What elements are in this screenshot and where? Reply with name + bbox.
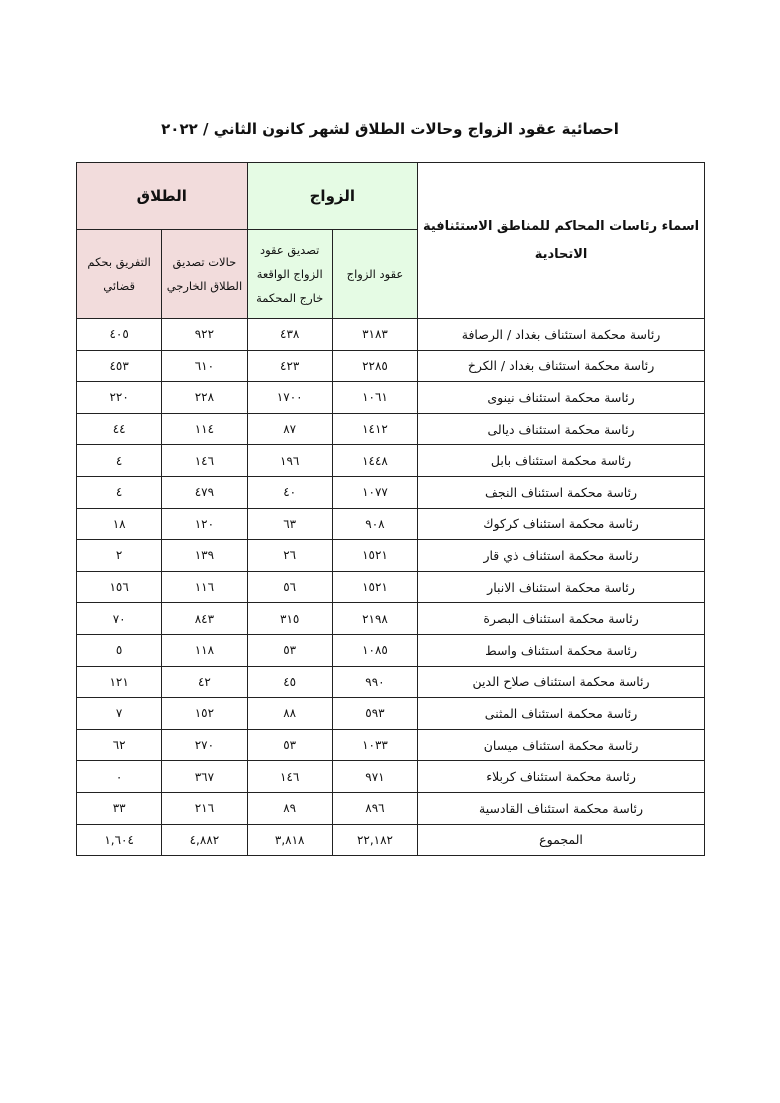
outside-count: ٢٦ [247,540,332,572]
separation-count: ٧ [77,698,162,730]
external-divorce-count: ١١٦ [162,571,247,603]
court-name: رئاسة محكمة استئناف البصرة [418,603,705,635]
header-court-names: اسماء رئاسات المحاكم للمناطق الاستئنافية… [418,163,705,319]
marriage-count: ١٠٣٣ [332,729,417,761]
total-external-divorce: ٤,٨٨٢ [162,824,247,856]
separation-count: ٦٢ [77,729,162,761]
total-row: المجموع٢٢,١٨٢٣,٨١٨٤,٨٨٢١,٦٠٤ [77,824,705,856]
external-divorce-count: ٣٦٧ [162,761,247,793]
external-divorce-count: ٢٧٠ [162,729,247,761]
table-row: رئاسة محكمة استئناف صلاح الدين٩٩٠٤٥٤٢١٢١ [77,666,705,698]
table-row: رئاسة محكمة استئناف المثنى٥٩٣٨٨١٥٢٧ [77,698,705,730]
court-name: رئاسة محكمة استئناف الانبار [418,571,705,603]
header-judicial-separation: التفريق بحكم قضائي [77,230,162,319]
table-row: رئاسة محكمة استئناف واسط١٠٨٥٥٣١١٨٥ [77,634,705,666]
header-marriage-outside-court: تصديق عقود الزواج الواقعة خارج المحكمة [247,230,332,319]
marriage-count: ١٠٨٥ [332,634,417,666]
external-divorce-count: ٦١٠ [162,350,247,382]
outside-count: ٨٩ [247,792,332,824]
separation-count: ١٢١ [77,666,162,698]
separation-count: ٤٠٥ [77,319,162,351]
external-divorce-count: ٤٢ [162,666,247,698]
external-divorce-count: ٩٢٢ [162,319,247,351]
external-divorce-count: ١٤٦ [162,445,247,477]
document-title: احصائية عقود الزواج وحالات الطلاق لشهر ك… [0,120,780,138]
separation-count: ٢ [77,540,162,572]
outside-count: ٦٣ [247,508,332,540]
total-separation: ١,٦٠٤ [77,824,162,856]
external-divorce-count: ١٢٠ [162,508,247,540]
separation-count: ٢٢٠ [77,382,162,414]
separation-count: ٣٣ [77,792,162,824]
external-divorce-count: ١٣٩ [162,540,247,572]
separation-count: ٤ [77,445,162,477]
external-divorce-count: ١١٤ [162,413,247,445]
header-marriage-contracts: عقود الزواج [332,230,417,319]
header-marriage-group: الزواج [247,163,418,230]
header-divorce-group: الطلاق [77,163,248,230]
statistics-table: اسماء رئاسات المحاكم للمناطق الاستئنافية… [76,162,705,856]
external-divorce-count: ٢٢٨ [162,382,247,414]
separation-count: ١٥٦ [77,571,162,603]
marriage-count: ٨٩٦ [332,792,417,824]
external-divorce-count: ٢١٦ [162,792,247,824]
outside-count: ٤٢٣ [247,350,332,382]
court-name: رئاسة محكمة استئناف بغداد / الكرخ [418,350,705,382]
outside-count: ٥٦ [247,571,332,603]
separation-count: ٠ [77,761,162,793]
outside-count: ٤٥ [247,666,332,698]
marriage-count: ٩٠٨ [332,508,417,540]
total-label: المجموع [418,824,705,856]
header-external-divorce: حالات تصديق الطلاق الخارجي [162,230,247,319]
court-name: رئاسة محكمة استئناف واسط [418,634,705,666]
external-divorce-count: ١١٨ [162,634,247,666]
court-name: رئاسة محكمة استئناف النجف [418,476,705,508]
external-divorce-count: ١٥٢ [162,698,247,730]
outside-count: ٨٧ [247,413,332,445]
outside-count: ٨٨ [247,698,332,730]
separation-count: ١٨ [77,508,162,540]
court-name: رئاسة محكمة استئناف صلاح الدين [418,666,705,698]
table-row: رئاسة محكمة استئناف ذي قار١٥٢١٢٦١٣٩٢ [77,540,705,572]
external-divorce-count: ٤٧٩ [162,476,247,508]
court-name: رئاسة محكمة استئناف القادسية [418,792,705,824]
table-row: رئاسة محكمة استئناف الانبار١٥٢١٥٦١١٦١٥٦ [77,571,705,603]
marriage-count: ١٠٦١ [332,382,417,414]
table-row: رئاسة محكمة استئناف بغداد / الكرخ٢٢٨٥٤٢٣… [77,350,705,382]
table-row: رئاسة محكمة استئناف القادسية٨٩٦٨٩٢١٦٣٣ [77,792,705,824]
outside-count: ١٩٦ [247,445,332,477]
outside-count: ٣١٥ [247,603,332,635]
table-row: رئاسة محكمة استئناف كربلاء٩٧١١٤٦٣٦٧٠ [77,761,705,793]
separation-count: ٥ [77,634,162,666]
outside-count: ٤٠ [247,476,332,508]
separation-count: ٧٠ [77,603,162,635]
court-name: رئاسة محكمة استئناف كركوك [418,508,705,540]
separation-count: ٤ [77,476,162,508]
table-row: رئاسة محكمة استئناف ميسان١٠٣٣٥٣٢٧٠٦٢ [77,729,705,761]
outside-count: ٥٣ [247,729,332,761]
marriage-count: ١٥٢١ [332,571,417,603]
total-marriage: ٢٢,١٨٢ [332,824,417,856]
marriage-count: ١٠٧٧ [332,476,417,508]
court-name: رئاسة محكمة استئناف ذي قار [418,540,705,572]
marriage-count: ٥٩٣ [332,698,417,730]
table-row: رئاسة محكمة استئناف نينوى١٠٦١١٧٠٠٢٢٨٢٢٠ [77,382,705,414]
court-name: رئاسة محكمة استئناف ديالى [418,413,705,445]
separation-count: ٤٥٣ [77,350,162,382]
court-name: رئاسة محكمة استئناف بابل [418,445,705,477]
table-row: رئاسة محكمة استئناف كركوك٩٠٨٦٣١٢٠١٨ [77,508,705,540]
table-row: رئاسة محكمة استئناف ديالى١٤١٢٨٧١١٤٤٤ [77,413,705,445]
outside-count: ٤٣٨ [247,319,332,351]
outside-count: ١٧٠٠ [247,382,332,414]
court-name: رئاسة محكمة استئناف ميسان [418,729,705,761]
marriage-count: ١٥٢١ [332,540,417,572]
total-outside: ٣,٨١٨ [247,824,332,856]
court-name: رئاسة محكمة استئناف بغداد / الرصافة [418,319,705,351]
table-row: رئاسة محكمة استئناف بغداد / الرصافة٣١٨٣٤… [77,319,705,351]
table-row: رئاسة محكمة استئناف النجف١٠٧٧٤٠٤٧٩٤ [77,476,705,508]
marriage-count: ٢١٩٨ [332,603,417,635]
court-name: رئاسة محكمة استئناف المثنى [418,698,705,730]
marriage-count: ١٤١٢ [332,413,417,445]
outside-count: ٥٣ [247,634,332,666]
external-divorce-count: ٨٤٣ [162,603,247,635]
marriage-count: ٢٢٨٥ [332,350,417,382]
marriage-count: ٣١٨٣ [332,319,417,351]
marriage-count: ٩٧١ [332,761,417,793]
outside-count: ١٤٦ [247,761,332,793]
marriage-count: ١٤٤٨ [332,445,417,477]
table-row: رئاسة محكمة استئناف البصرة٢١٩٨٣١٥٨٤٣٧٠ [77,603,705,635]
separation-count: ٤٤ [77,413,162,445]
marriage-count: ٩٩٠ [332,666,417,698]
court-name: رئاسة محكمة استئناف كربلاء [418,761,705,793]
table-row: رئاسة محكمة استئناف بابل١٤٤٨١٩٦١٤٦٤ [77,445,705,477]
court-name: رئاسة محكمة استئناف نينوى [418,382,705,414]
